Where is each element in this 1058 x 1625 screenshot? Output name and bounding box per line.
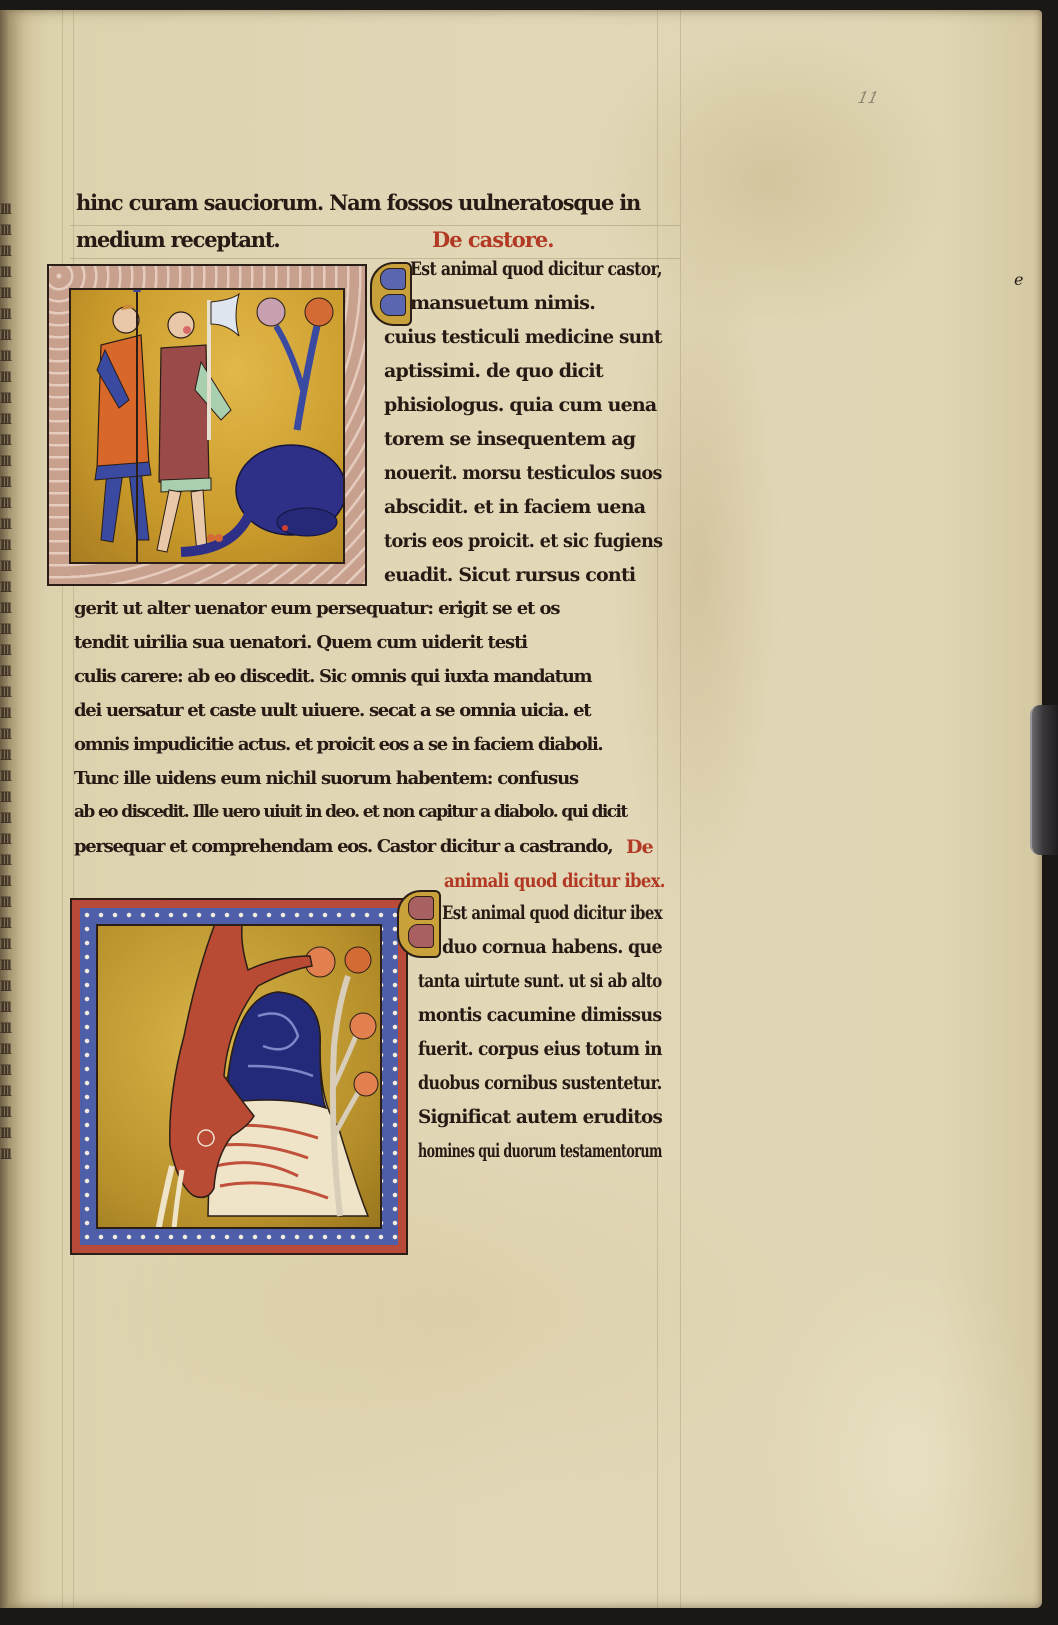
ruling-line	[70, 225, 680, 226]
beaver-scene-icon	[71, 290, 345, 564]
text-line: fuerit. corpus eius totum in	[418, 1038, 662, 1060]
text-line: Significat autem eruditos	[418, 1106, 662, 1128]
rubric-heading-ibex-part2: animali quod dicitur ibex.	[444, 870, 665, 892]
text-line: toris eos proicit. et sic fugiens	[384, 530, 662, 552]
initial-lobe	[380, 294, 406, 316]
text-line: duo cornua habens. que	[442, 936, 662, 958]
text-line: montis cacumine dimissus	[418, 1004, 662, 1026]
folio-number: 11	[856, 88, 880, 107]
initial-lobe	[380, 268, 406, 290]
text-line: culis carere: ab eo discedit. Sic omnis …	[74, 666, 591, 687]
miniature-gold-ground	[96, 924, 382, 1229]
text-line: euadit. Sicut rursus conti	[384, 564, 635, 586]
miniature-ibex	[70, 898, 408, 1255]
ibex-scene-icon	[98, 926, 382, 1229]
text-line: tanta uirtute sunt. ut si ab alto	[418, 970, 662, 992]
text-line: gerit ut alter uenator eum persequatur: …	[74, 598, 559, 619]
miniature-gold-ground	[69, 288, 345, 564]
page-clasp	[1030, 705, 1058, 855]
text-line: abscidit. et in faciem uena	[384, 496, 645, 518]
marginal-letter: e	[1014, 270, 1023, 289]
text-line: Est animal quod dicitur castor,	[410, 258, 662, 280]
text-line: cuius testiculi medicine sunt	[384, 326, 662, 348]
text-line: mansuetum nimis.	[410, 292, 595, 314]
miniature-beaver-hunters	[47, 264, 367, 586]
text-line: nouerit. morsu testiculos suos	[384, 462, 662, 484]
text-line: hinc curam sauciorum. Nam fossos uulnera…	[76, 190, 640, 215]
text-line: duobus cornibus sustentetur.	[418, 1072, 662, 1094]
text-line: ab eo discedit. Ille uero uiuit in deo. …	[74, 802, 627, 822]
facing-page-edge: lll lll lll lll lll lll lll lll lll lll …	[0, 200, 12, 1180]
text-line: Tunc ille uidens eum nichil suorum haben…	[74, 768, 578, 789]
text-line: homines qui duorum testamentorum	[418, 1140, 662, 1162]
ruling-line	[680, 10, 681, 1608]
text-line: phisiologus. quia cum uena	[384, 394, 656, 416]
initial-lobe	[408, 896, 434, 920]
text-line: Est animal quod dicitur ibex	[442, 902, 662, 924]
decorated-initial-e	[397, 890, 441, 958]
initial-lobe	[408, 924, 434, 948]
text-line: aptissimi. de quo dicit	[384, 360, 603, 382]
text-line: persequar et comprehendam eos. Castor di…	[74, 836, 612, 857]
ruling-line	[657, 10, 658, 1608]
text-line: medium receptant.	[76, 227, 279, 252]
rubric-heading-castor: De castore.	[432, 227, 554, 252]
text-line: omnis impudicitie actus. et proicit eos …	[74, 734, 602, 755]
text-line: dei uersatur et caste uult uiuere. secat…	[74, 700, 590, 721]
text-line: tendit uirilia sua uenatori. Quem cum ui…	[74, 632, 527, 653]
decorated-initial-e	[370, 262, 412, 326]
ruling-line	[62, 10, 63, 1608]
text-line: torem se insequentem ag	[384, 428, 635, 450]
rubric-heading-ibex-part1: De	[626, 836, 653, 858]
